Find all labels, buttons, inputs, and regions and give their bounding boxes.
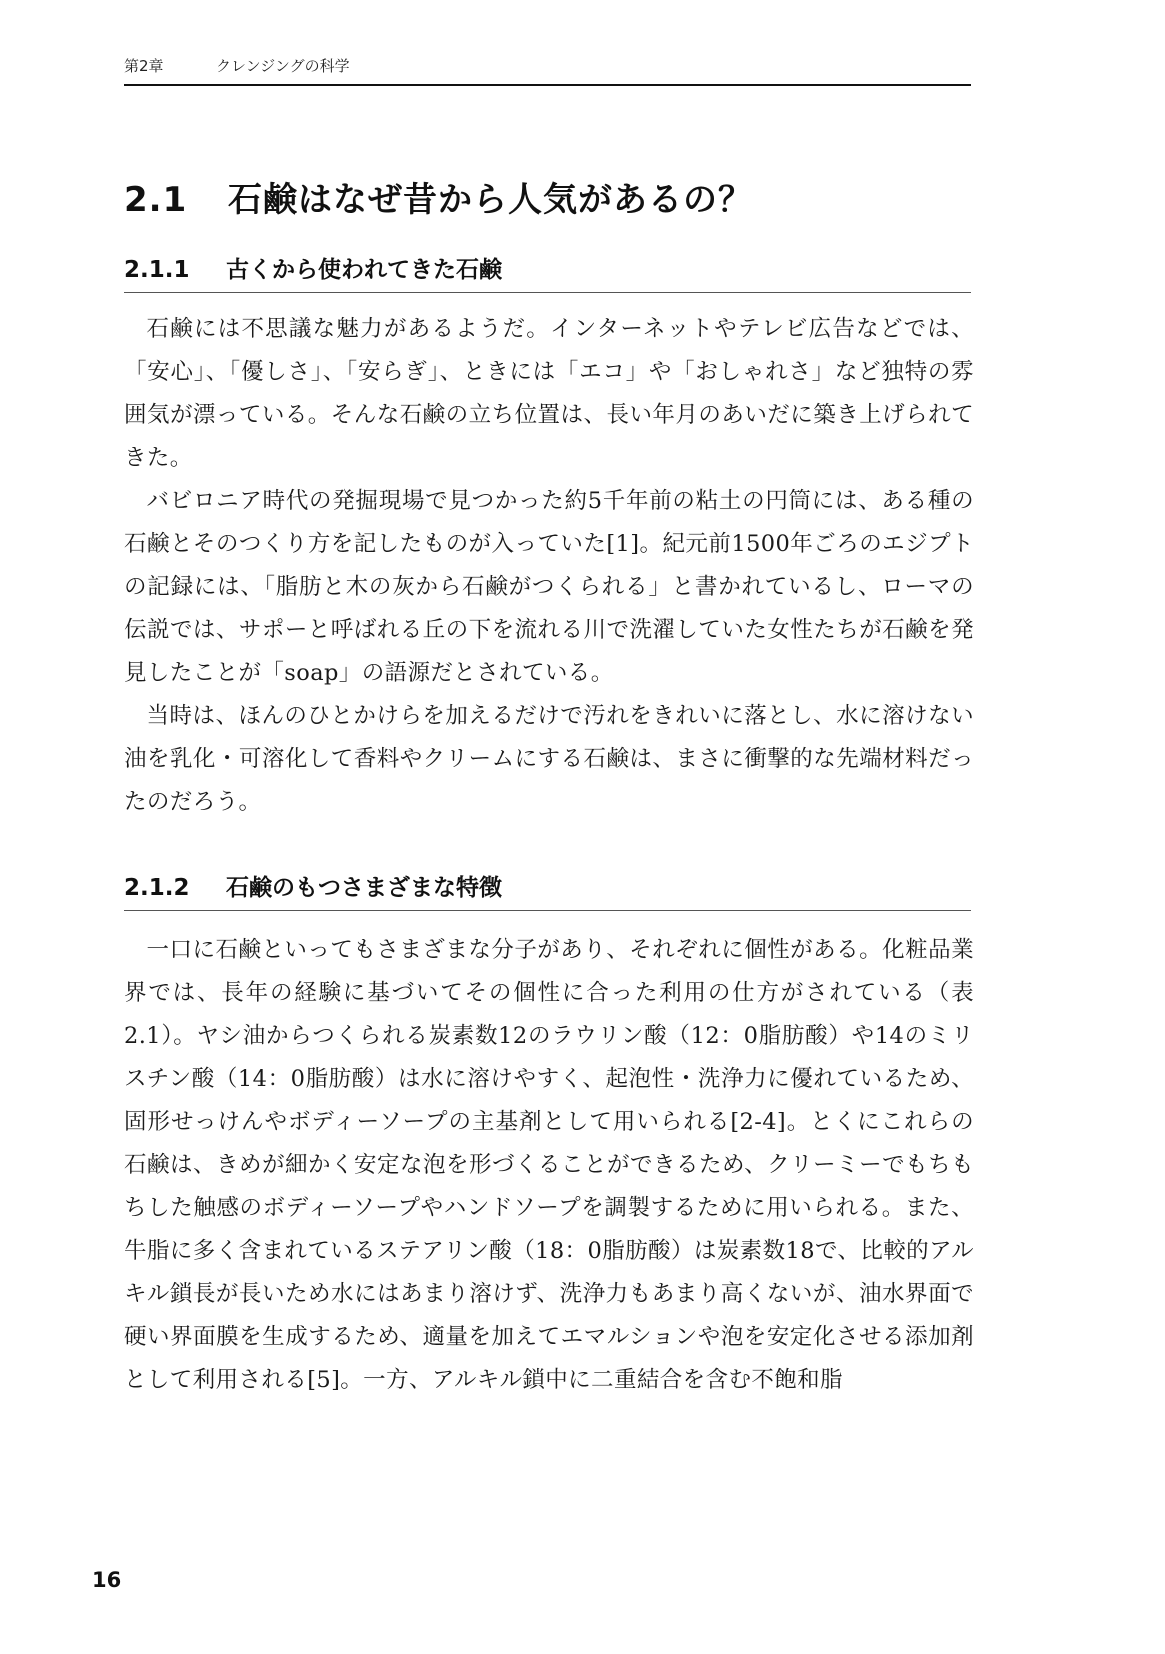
section-title-text: 石鹸はなぜ昔から人気があるの？	[228, 180, 753, 220]
subsection-heading-2-1-1: 2.1.1古くから使われてきた石鹸	[124, 256, 971, 293]
subsection-number: 2.1.1	[124, 256, 226, 284]
chapter-label: 第2章	[124, 56, 216, 76]
paragraph: 一口に石鹸といってもさまざまな分子があり、それぞれに個性がある。化粧品業界では、…	[124, 929, 974, 1402]
chapter-title: クレンジングの科学	[216, 57, 350, 75]
paragraph: 石鹸には不思議な魅力があるようだ。インターネットやテレビ広告などでは、「安心」、…	[124, 308, 974, 480]
paragraph: バビロニア時代の発掘現場で見つかった約5千年前の粘土の円筒には、ある種の石鹸とそ…	[124, 480, 974, 695]
subsection-title: 石鹸のもつさまざまな特徴	[226, 875, 502, 901]
section-number: 2.1	[124, 178, 228, 222]
subsection-number: 2.1.2	[124, 874, 226, 902]
subsection-body-2-1-1: 石鹸には不思議な魅力があるようだ。インターネットやテレビ広告などでは、「安心」、…	[124, 308, 974, 824]
section-title: 2.1石鹸はなぜ昔から人気があるの？	[124, 178, 753, 222]
subsection-title: 古くから使われてきた石鹸	[226, 257, 502, 283]
paragraph: 当時は、ほんのひとかけらを加えるだけで汚れをきれいに落とし、水に溶けない油を乳化…	[124, 695, 974, 824]
page-number: 16	[92, 1568, 121, 1592]
subsection-body-2-1-2: 一口に石鹸といってもさまざまな分子があり、それぞれに個性がある。化粧品業界では、…	[124, 929, 974, 1402]
running-head: 第2章クレンジングの科学	[124, 56, 971, 86]
subsection-heading-2-1-2: 2.1.2石鹸のもつさまざまな特徴	[124, 874, 971, 911]
